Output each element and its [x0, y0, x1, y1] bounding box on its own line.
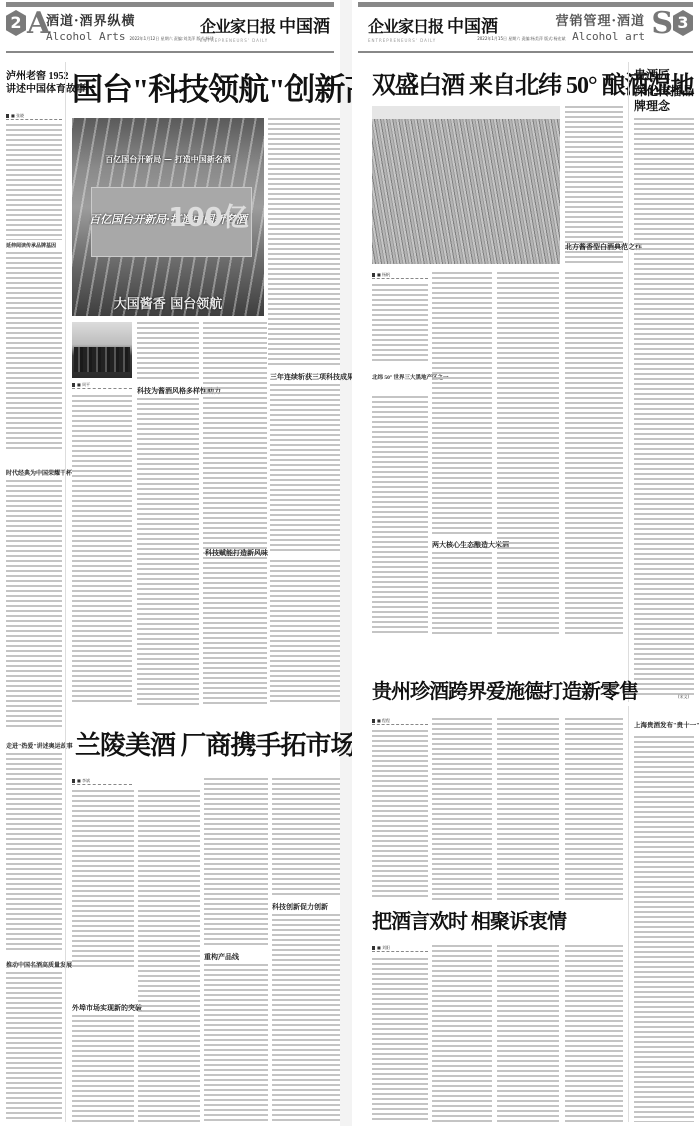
side-story-title: 贵酒匠 深化传播品牌理念: [634, 68, 699, 115]
lead-text-col-2a: [137, 322, 199, 382]
brand-name: 企业家日报: [200, 17, 275, 36]
sidebar-subhead-3: 走进"热爱"讲述奥运故事: [6, 741, 73, 750]
page-number: 2: [6, 10, 26, 36]
sidebar-subhead-4: 推动中国名酒高质量发展: [6, 960, 72, 969]
fourth-text: [634, 736, 694, 1122]
page-number-badge: S3: [650, 10, 693, 38]
sidebar-text-4: [6, 753, 62, 953]
masthead-left: 2A 酒道·酒界纵横 Alcohol Arts2022年1月12日 星期六 责编…: [6, 8, 334, 50]
sidebar-subhead-1: 延伸阅读传承品牌基因: [6, 242, 56, 249]
second-text-col-4a: [272, 778, 340, 898]
lead-text-col-4b: [270, 560, 340, 705]
second-subhead-3: 科技创新促力创新: [272, 902, 328, 912]
column-rule: [628, 706, 629, 1122]
second-byline: ■ 李斌: [72, 778, 132, 785]
side-story-text: [634, 118, 694, 698]
second-text-col-1b: [72, 1015, 134, 1122]
second-text-col-3b: [204, 964, 268, 1122]
lead-text-col-1: [72, 395, 132, 705]
third-text-col-4: [565, 718, 623, 900]
lead-text-col-3: [497, 272, 559, 636]
brand-english: ENTREPRENEURS' DAILY: [200, 38, 330, 43]
section-sub-en: Alcohol Arts: [46, 30, 125, 43]
lead-byline: ■ 周平: [72, 382, 132, 389]
fifth-text-col-3: [497, 945, 559, 1122]
top-rule: [358, 2, 693, 7]
sidebar-text-1: [6, 124, 62, 240]
sidebar-subhead-2: 时代经典为中国荣耀干杯: [6, 468, 72, 477]
group-people: [74, 347, 129, 372]
second-text-col-4b: [272, 914, 340, 1122]
masthead-rule: [358, 51, 693, 53]
wheat-field-photo: [372, 106, 560, 264]
sidebar-byline: ■ 张晓: [6, 113, 62, 120]
second-text-col-2: [138, 790, 200, 1122]
section-sub-en: Alcohol art: [572, 30, 645, 43]
page-number: 3: [673, 10, 693, 36]
page-letter: S: [651, 10, 673, 38]
group-photo: [72, 322, 132, 378]
left-page: 2A 酒道·酒界纵横 Alcohol Arts2022年1月12日 星期六 责编…: [0, 0, 340, 1126]
lead-text-col-4a: [565, 272, 623, 636]
issue-meta: 2022年1月15日 星期六 责编:杨美萍 版式:杨宏斌: [477, 36, 565, 41]
lead-text-col-1b: [372, 396, 428, 636]
lead-text-col-2b: [432, 552, 492, 636]
lead-text-col-3: [203, 322, 267, 705]
newspaper-brand: 企业家日报中国酒 ENTREPRENEURS' DAILY: [200, 12, 330, 43]
photo-banner-bottom: 大国酱香 国台领航: [72, 293, 264, 312]
second-subhead-1: 重构产品线: [204, 952, 239, 962]
right-page: 企业家日报中国酒 ENTREPRENEURS' DAILY 营销管理·酒道 20…: [352, 0, 699, 1126]
third-headline: 贵州珍酒跨界爱施德打造新零售: [372, 675, 638, 704]
fifth-text-col-2: [432, 945, 492, 1122]
section-name: 酒道·酒界纵横: [46, 10, 136, 29]
page-number-badge: 2A: [6, 10, 50, 38]
section-subtitle: Alcohol Arts2022年1月12日 星期六 责编:刘美萍 版式:杨建: [46, 30, 214, 43]
brand-name: 企业家日报: [368, 17, 443, 36]
lead-subhead-3: 北方酱香型白酒典范之作: [565, 242, 642, 252]
lead-text-col-2b: [137, 398, 199, 705]
photo-banner-top: 百亿国台开新局 — 打造中国新名酒: [72, 154, 264, 165]
column-rule: [65, 62, 66, 1122]
sidebar-text-3: [6, 480, 62, 730]
second-headline: 兰陵美酒 厂商携手拓市场: [75, 725, 356, 762]
brand-supplement: 中国酒: [279, 17, 330, 37]
lead-text-col-4a: [270, 384, 340, 554]
column-rule: [628, 62, 629, 702]
fifth-byline: ■ 刘阳: [372, 945, 428, 952]
third-text-col-3: [497, 718, 559, 900]
masthead-rule: [6, 51, 334, 53]
lead-byline: ■ 杨帆: [372, 272, 428, 279]
fifth-text-col-4: [565, 945, 623, 1122]
second-subhead-2: 外埠市场实现新的突破: [72, 1003, 142, 1013]
masthead-right: 企业家日报中国酒 ENTREPRENEURS' DAILY 营销管理·酒道 20…: [358, 8, 693, 50]
second-text-col-3a: [204, 778, 268, 948]
stage-photo: 百亿国台开新局 — 打造中国新名酒 百亿国台开新局·打造中国新名酒 100亿 大…: [72, 118, 264, 316]
photo-big-number: 100亿: [168, 197, 248, 234]
third-text-col-1: [372, 730, 428, 900]
top-rule: [6, 2, 334, 7]
third-end-mark: (宋文): [678, 694, 689, 700]
lead-text-col-top: [268, 118, 340, 368]
third-text-col-2: [432, 718, 492, 900]
fifth-text-col-1: [372, 958, 428, 1122]
page-gutter: [340, 0, 352, 1126]
sidebar-text-2: [6, 252, 62, 452]
section-name: 营销管理·酒道: [555, 10, 645, 29]
fourth-headline: 上海贵酒发布"贵十一"大唐华章系列新品: [634, 720, 699, 729]
lead-text-col-2a: [432, 272, 492, 536]
second-text-col-1a: [72, 790, 134, 970]
lead-subhead-2: 三年连续斩获三项科技成果: [270, 372, 354, 382]
side-title-line2: 深化传播品牌理念: [634, 84, 699, 115]
section-subtitle: 2022年1月15日 星期六 责编:杨美萍 版式:杨宏斌 Alcohol art: [473, 30, 645, 43]
side-title-line1: 贵酒匠: [634, 68, 699, 84]
third-byline: ■ 程程: [372, 718, 428, 725]
lead-text-col-1a: [372, 284, 428, 364]
fifth-headline: 把酒言欢时 相聚诉衷情: [372, 905, 566, 934]
lead-subhead-3: 科技赋能打造新风味: [205, 548, 268, 558]
sidebar-text-5: [6, 972, 62, 1122]
photo-sky: [372, 106, 560, 119]
